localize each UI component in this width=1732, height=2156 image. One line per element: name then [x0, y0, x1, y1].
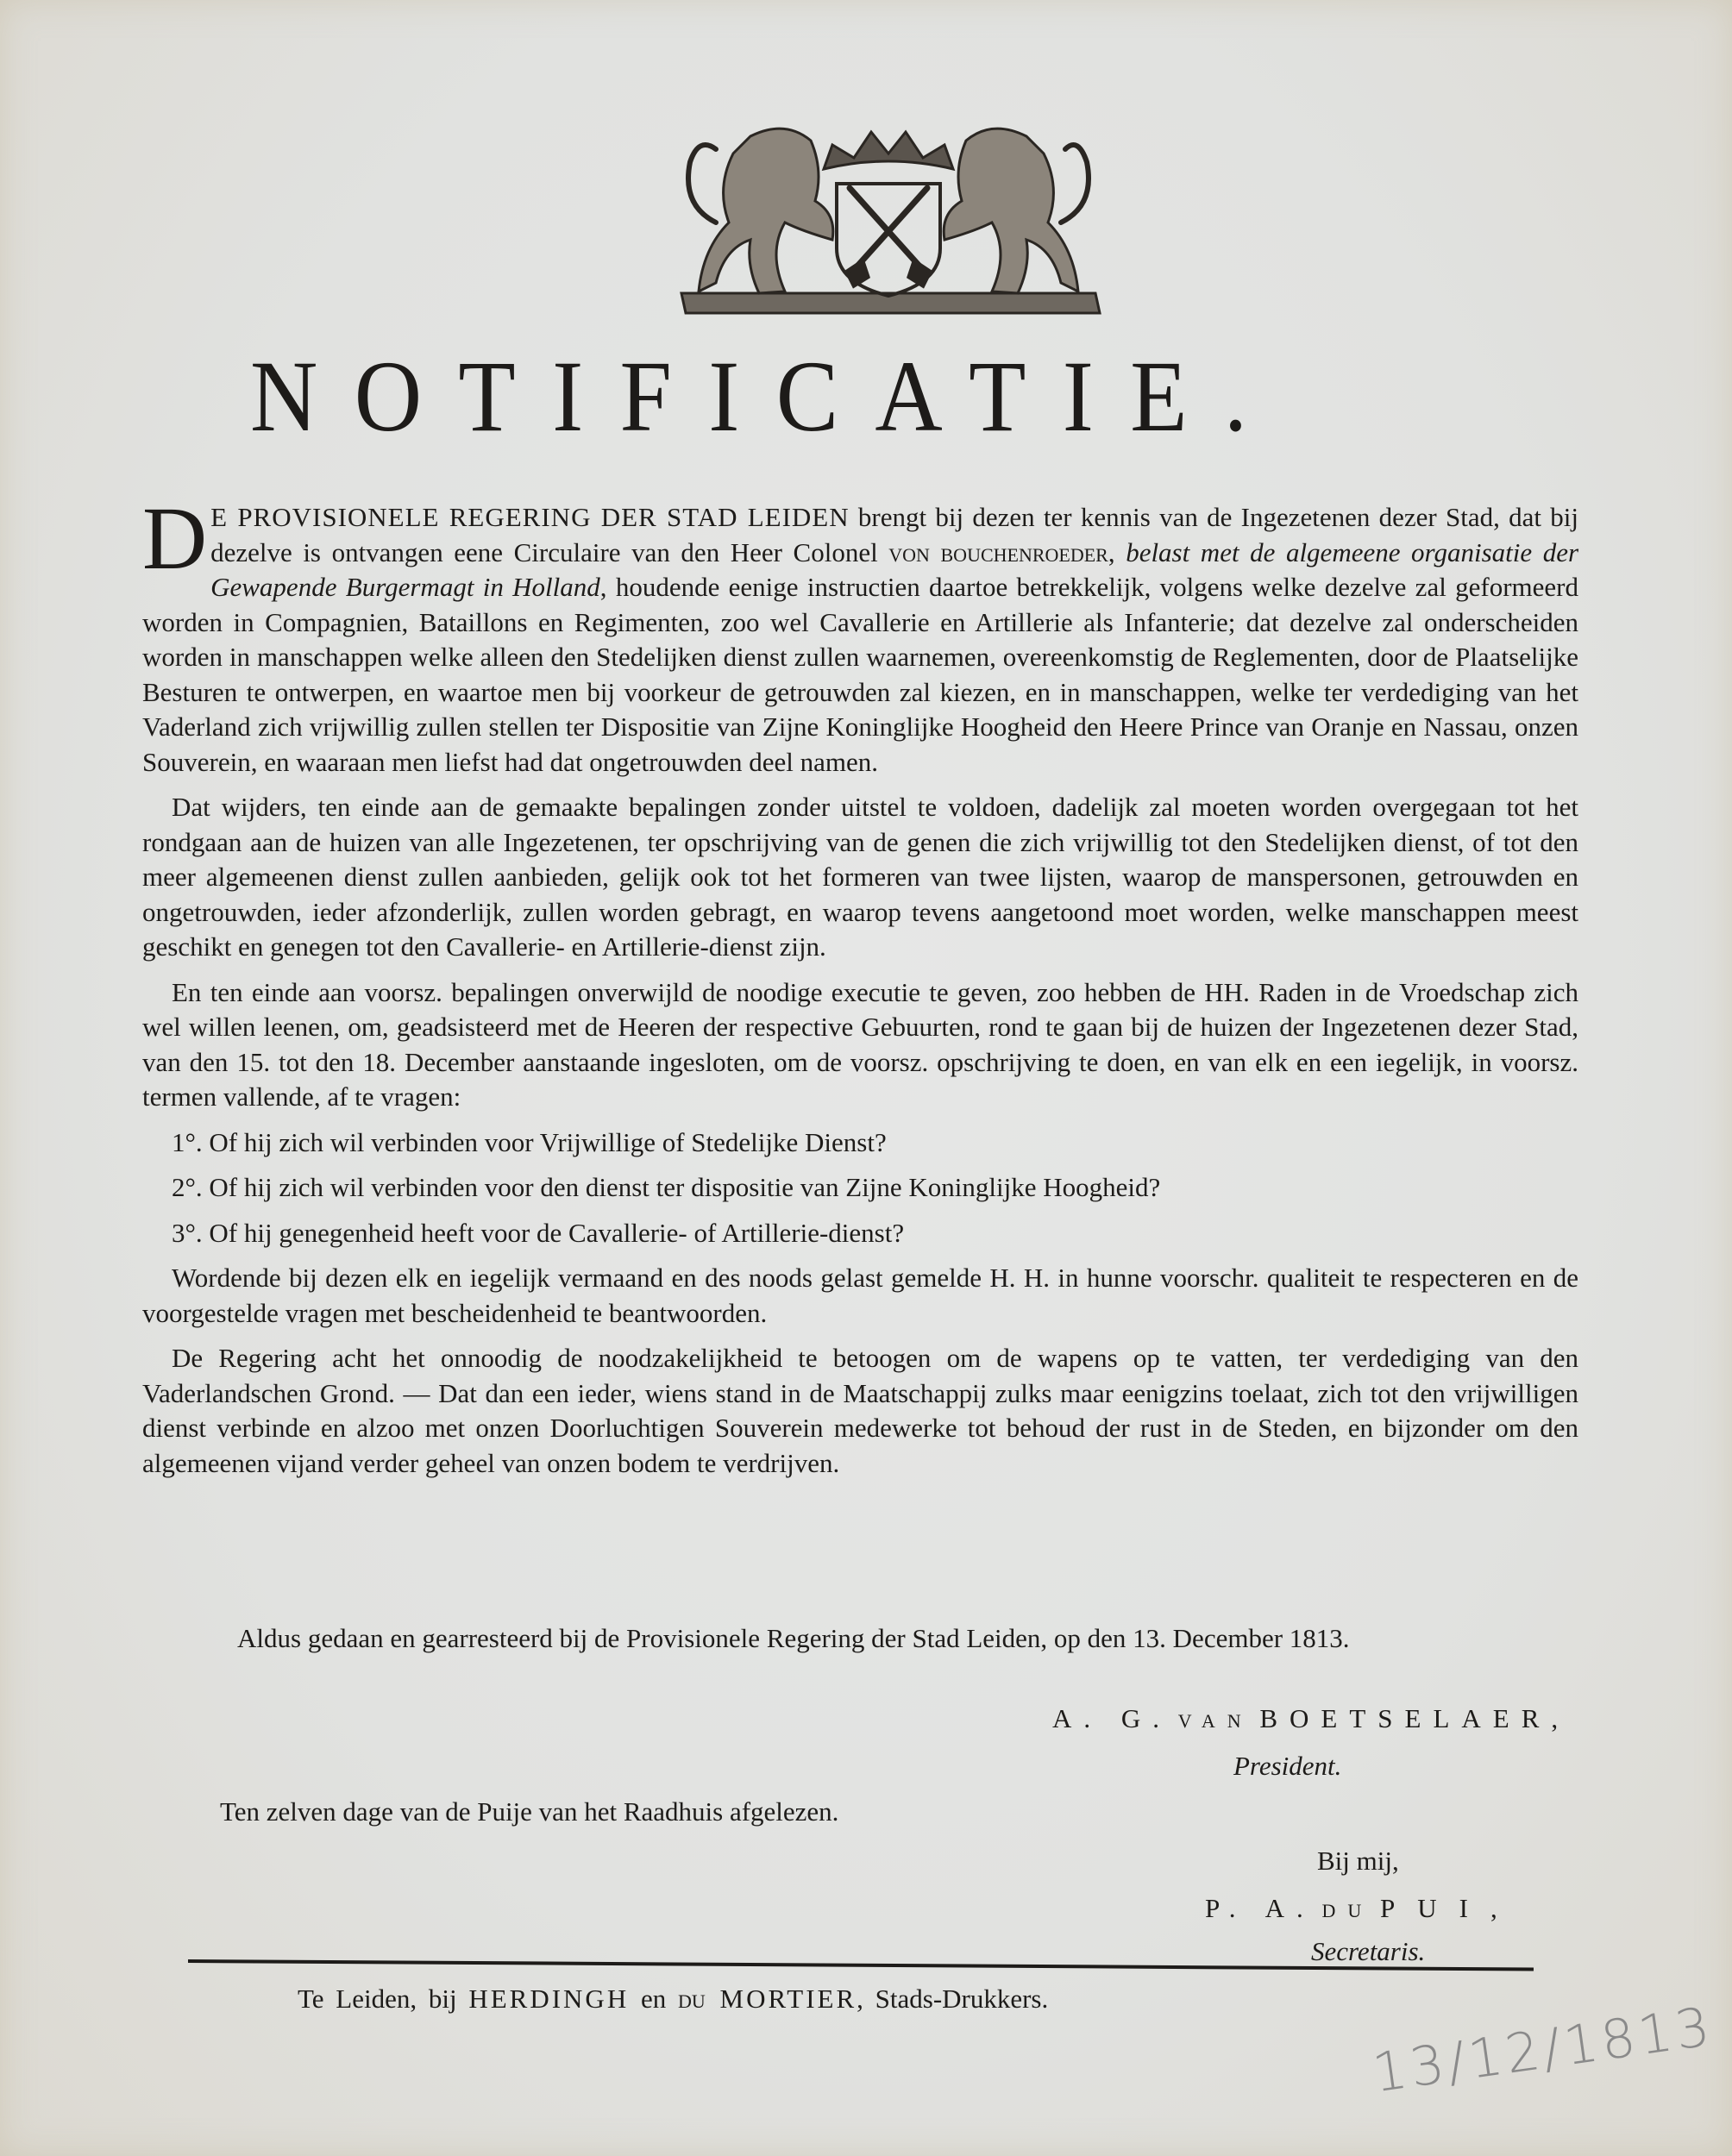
paragraph-1: DE PROVISIONELE REGERING DER STAD LEIDEN… [142, 500, 1578, 780]
printer-imprint: Te Leiden, bij HERDINGH en du MORTIER, S… [298, 1984, 1048, 2015]
secretary-role: Secretaris. [1311, 1936, 1425, 1967]
document-page: NOTIFICATIE. DE PROVISIONELE REGERING DE… [0, 0, 1732, 2156]
secretary-initials: P. A. [1205, 1893, 1315, 1923]
handwritten-date: 13/12/1813 [1369, 1995, 1717, 2105]
president-role: President. [1233, 1751, 1341, 1782]
paragraph-4: Wordende bij dezen elk en iegelijk verma… [142, 1261, 1578, 1331]
notice-body: DE PROVISIONELE REGERING DER STAD LEIDEN… [142, 500, 1578, 1491]
paragraph-2: Dat wijders, ten einde aan de gemaakte b… [142, 790, 1578, 965]
president-initials: A. G. [1052, 1703, 1171, 1733]
printer-name-2: MORTIER [706, 1984, 857, 2014]
paragraph-3: En ten einde aan voorsz. bepalingen onve… [142, 975, 1578, 1115]
read-aloud-note: Ten zelven dage van de Puije van het Raa… [220, 1796, 838, 1827]
page-title: NOTIFICATIE. [250, 341, 1393, 453]
secretary-prefix: du [1321, 1893, 1373, 1923]
paragraph-text: , houdende eenige instructien daartoe be… [142, 572, 1578, 777]
printer-prefix: du [678, 1984, 706, 2014]
question-2: 2°. Of hij zich wil verbinden voor den d… [142, 1170, 1578, 1206]
lead-caps: E PROVISIONELE REGERING DER STAD LEIDEN [210, 502, 850, 532]
secretary-signature: P. A. du PUI, [1205, 1893, 1520, 1924]
secretary-surname: PUI, [1380, 1893, 1520, 1923]
by-me-label: Bij mij, [1317, 1846, 1399, 1877]
president-signature: A. G. van BOETSELAER, [1052, 1703, 1570, 1734]
imprint-text: en [629, 1984, 678, 2014]
question-1: 1°. Of hij zich wil verbinden voor Vrijw… [142, 1125, 1578, 1161]
paragraph-5: De Regering acht het onnoodig de noodzak… [142, 1341, 1578, 1481]
paragraph-text: , [1108, 537, 1126, 567]
question-3: 3°. Of hij genegenheid heeft voor de Cav… [142, 1216, 1578, 1251]
closing-statement: Aldus gedaan en gearresteerd bij de Prov… [237, 1621, 1583, 1656]
imprint-text: Te Leiden, bij [298, 1984, 468, 2014]
president-prefix: van [1178, 1703, 1253, 1733]
drop-cap: D [142, 504, 207, 574]
imprint-text: , Stads-Drukkers. [857, 1984, 1048, 2014]
coat-of-arms-icon [664, 102, 1113, 322]
printer-name-1: HERDINGH [468, 1984, 629, 2014]
president-surname: BOETSELAER, [1259, 1703, 1570, 1733]
colonel-name: von bouchenroeder [888, 537, 1108, 567]
